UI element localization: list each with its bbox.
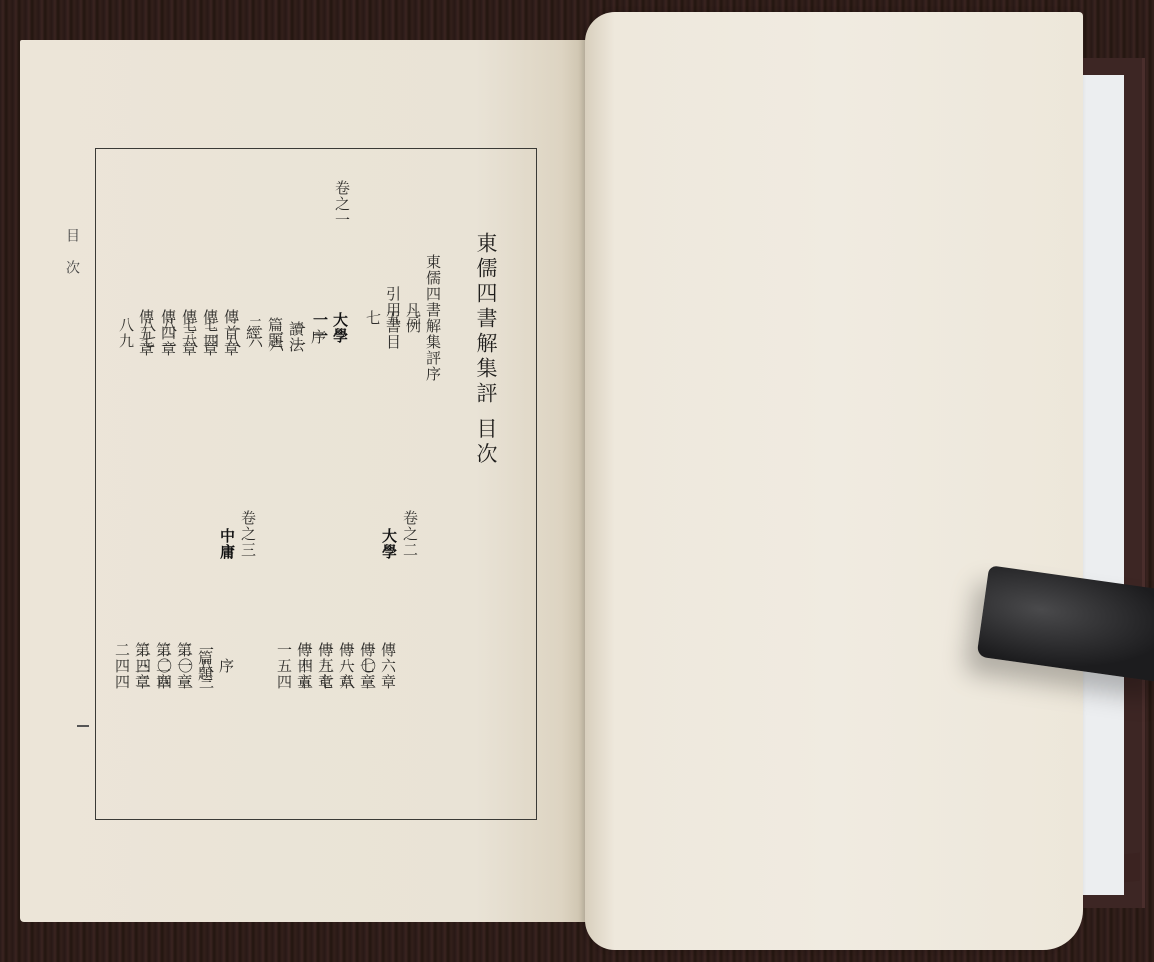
entry-label: 凡例 xyxy=(404,302,422,334)
entry-label: 序 xyxy=(217,658,235,674)
entry-label: 傳五章 xyxy=(137,309,155,357)
entry-label: 第一章 xyxy=(175,642,193,690)
entry-label: 傳二章 xyxy=(201,309,219,357)
toc-entry[interactable]: 傳五章 八九 xyxy=(117,208,155,458)
entry-label: 序 xyxy=(309,329,327,345)
toc-entry[interactable]: 第三章 二四四 xyxy=(113,540,151,792)
entry-label: 東儒四書解集評序 xyxy=(424,254,442,382)
entry-page: 二四四 xyxy=(113,642,131,690)
entry-label: 傳九章 xyxy=(316,642,334,690)
entry-label: 篇題 xyxy=(196,650,214,682)
entry-page: 八九 xyxy=(117,317,135,349)
volume-header: 卷之三 xyxy=(239,510,257,558)
volume-header: 卷之二 xyxy=(401,510,419,558)
toc-entry[interactable]: 傳十章 一五四 xyxy=(275,540,313,792)
entry-label: 第三章 xyxy=(133,642,151,690)
toc-entry[interactable]: 引用書目 七 xyxy=(364,178,402,458)
entry-label: 讀法 xyxy=(287,321,305,353)
entry-label: 引用書目 xyxy=(384,286,402,350)
entry-label: 傳六章 xyxy=(379,642,397,690)
entry-page: 七 xyxy=(364,310,382,326)
entry-label: 經 xyxy=(244,325,262,341)
page-number xyxy=(77,725,89,727)
entry-label: 傳首章 xyxy=(222,309,240,357)
entry-label: 傳三章 xyxy=(180,309,198,357)
entry-label: 傳七章 xyxy=(358,642,376,690)
entry-label: 傳八章 xyxy=(337,642,355,690)
running-head: 目次 xyxy=(62,228,82,292)
toc-title: 東儒四書解集評 目次 xyxy=(477,232,495,468)
entry-label: 篇題 xyxy=(266,317,284,349)
right-page-blank xyxy=(585,12,1083,950)
entry-page: 一五四 xyxy=(275,642,293,690)
entry-label: 第二章 xyxy=(154,642,172,690)
entry-label: 傳四章 xyxy=(159,309,177,357)
entry-label: 傳十章 xyxy=(295,642,313,690)
section-label: 大學 xyxy=(331,312,349,344)
